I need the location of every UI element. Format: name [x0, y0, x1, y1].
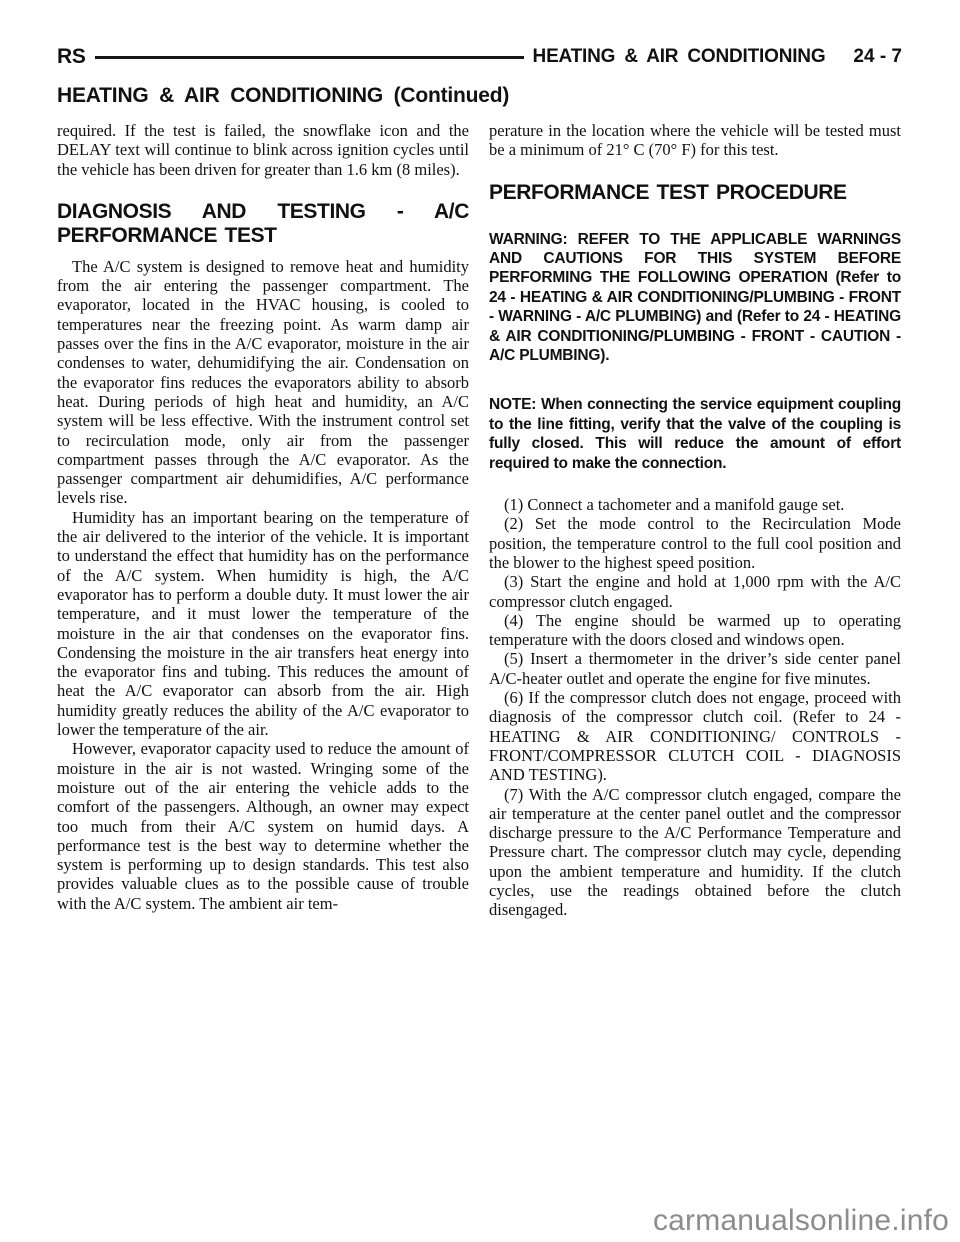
header-section-title: HEATING & AIR CONDITIONING: [533, 46, 826, 68]
two-column-body: required. If the test is failed, the sno…: [57, 121, 902, 920]
procedure-step: (4) The engine should be warmed up to op…: [489, 611, 901, 650]
right-column: perature in the location where the vehic…: [489, 121, 901, 920]
procedure-step: (3) Start the engine and hold at 1,000 r…: [489, 572, 901, 611]
procedure-step: (5) Insert a thermometer in the driver’s…: [489, 649, 901, 688]
procedure-step: (2) Set the mode control to the Recircul…: [489, 514, 901, 572]
continued-heading: HEATING & AIR CONDITIONING (Continued): [57, 84, 902, 108]
watermark: carmanualsonline.info: [653, 1204, 949, 1238]
manual-code: RS: [57, 45, 86, 69]
manual-page: RS HEATING & AIR CONDITIONING 24 - 7 HEA…: [0, 0, 960, 1242]
procedure-step: (6) If the compressor clutch does not en…: [489, 688, 901, 784]
left-column: required. If the test is failed, the sno…: [57, 121, 469, 920]
header-rule-line: [95, 56, 524, 59]
body-paragraph: However, evaporator capacity used to red…: [57, 739, 469, 913]
warning-paragraph: WARNING: REFER TO THE APPLICABLE WARNING…: [489, 230, 901, 366]
body-paragraph: The A/C system is designed to remove hea…: [57, 257, 469, 508]
running-header: RS HEATING & AIR CONDITIONING 24 - 7: [57, 45, 902, 69]
procedure-step: (7) With the A/C compressor clutch engag…: [489, 785, 901, 920]
body-paragraph: Humidity has an important bearing on the…: [57, 508, 469, 740]
left-intro-paragraph: required. If the test is failed, the sno…: [57, 121, 469, 179]
procedure-steps: (1) Connect a tachometer and a manifold …: [489, 495, 901, 920]
header-page-number: 24 - 7: [853, 46, 902, 68]
diagnosis-testing-heading: DIAGNOSIS AND TESTING - A/C PERFORMANCE …: [57, 200, 469, 248]
note-paragraph: NOTE: When connecting the service equipm…: [489, 395, 901, 473]
right-intro-paragraph: perature in the location where the vehic…: [489, 121, 901, 160]
procedure-step: (1) Connect a tachometer and a manifold …: [489, 495, 901, 514]
performance-test-procedure-heading: PERFORMANCE TEST PROCEDURE: [489, 181, 901, 205]
